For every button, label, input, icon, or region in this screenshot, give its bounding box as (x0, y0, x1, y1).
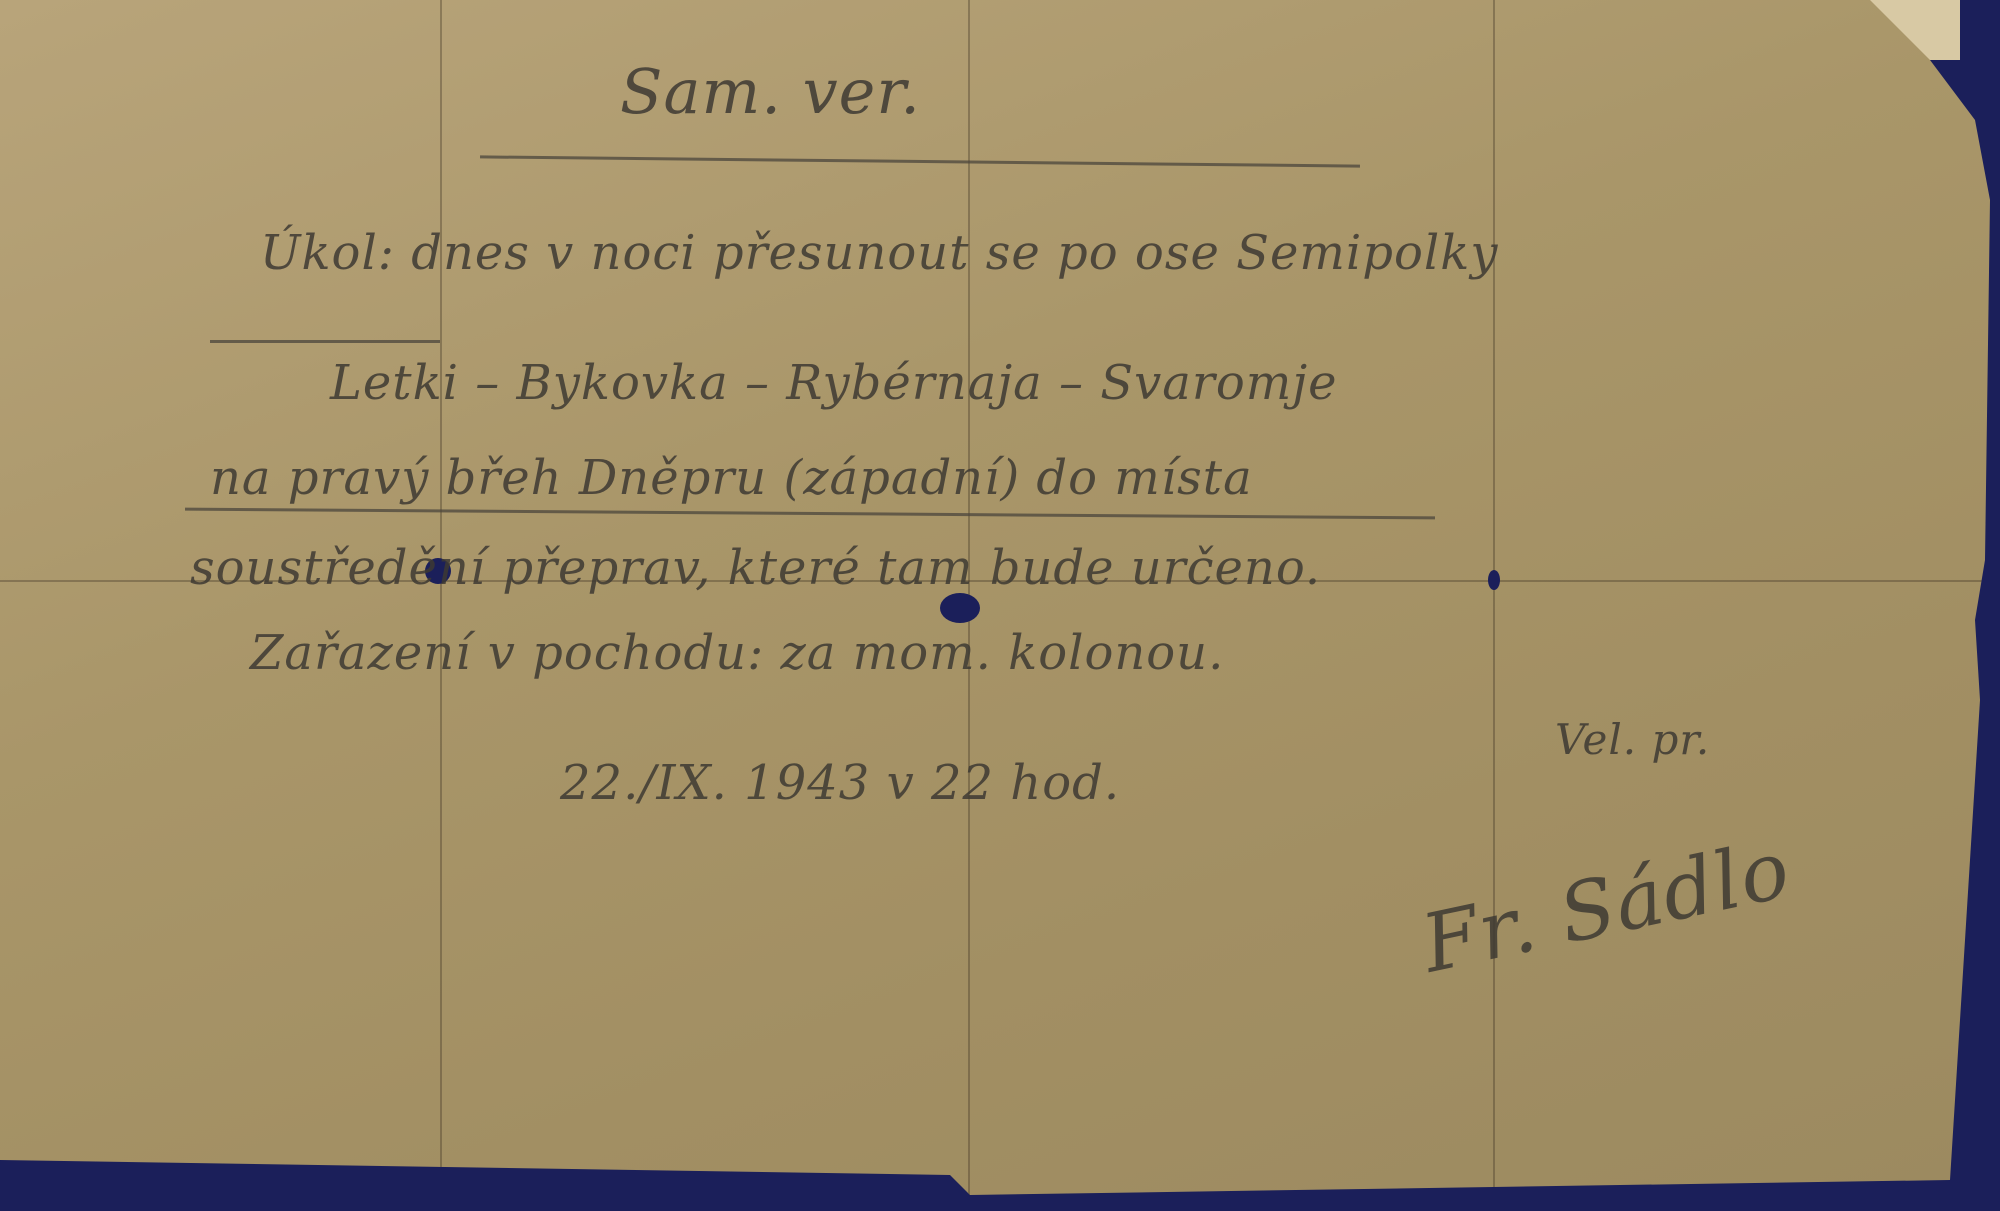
date-line: 22./IX. 1943 v 22 hod. (560, 755, 1120, 811)
text-line: soustředění přeprav, které tam bude urče… (190, 540, 1321, 596)
fold-hole (1488, 570, 1500, 590)
text-line: na pravý břeh Dněpru (západní) do místa (210, 450, 1253, 506)
document-title: Sam. ver. (620, 55, 921, 128)
title-underline (480, 155, 1360, 167)
text-line: Zařazení v pochodu: za mom. kolonou. (250, 625, 1224, 681)
fold-line (440, 0, 442, 1195)
fold-line (1493, 0, 1495, 1195)
signature-rank: Vel. pr. (1555, 715, 1710, 764)
fold-hole (940, 593, 980, 623)
route-underline (185, 508, 1435, 520)
text-line: Letki – Bykovka – Rybérnaja – Svaromje (330, 355, 1338, 411)
signature: Fr. Sádlo (1414, 822, 1797, 990)
task-underline (210, 340, 440, 343)
text-line: Úkol: dnes v noci přesunout se po ose Se… (260, 225, 1498, 281)
document-paper: Sam. ver. Úkol: dnes v noci přesunout se… (0, 0, 1990, 1195)
